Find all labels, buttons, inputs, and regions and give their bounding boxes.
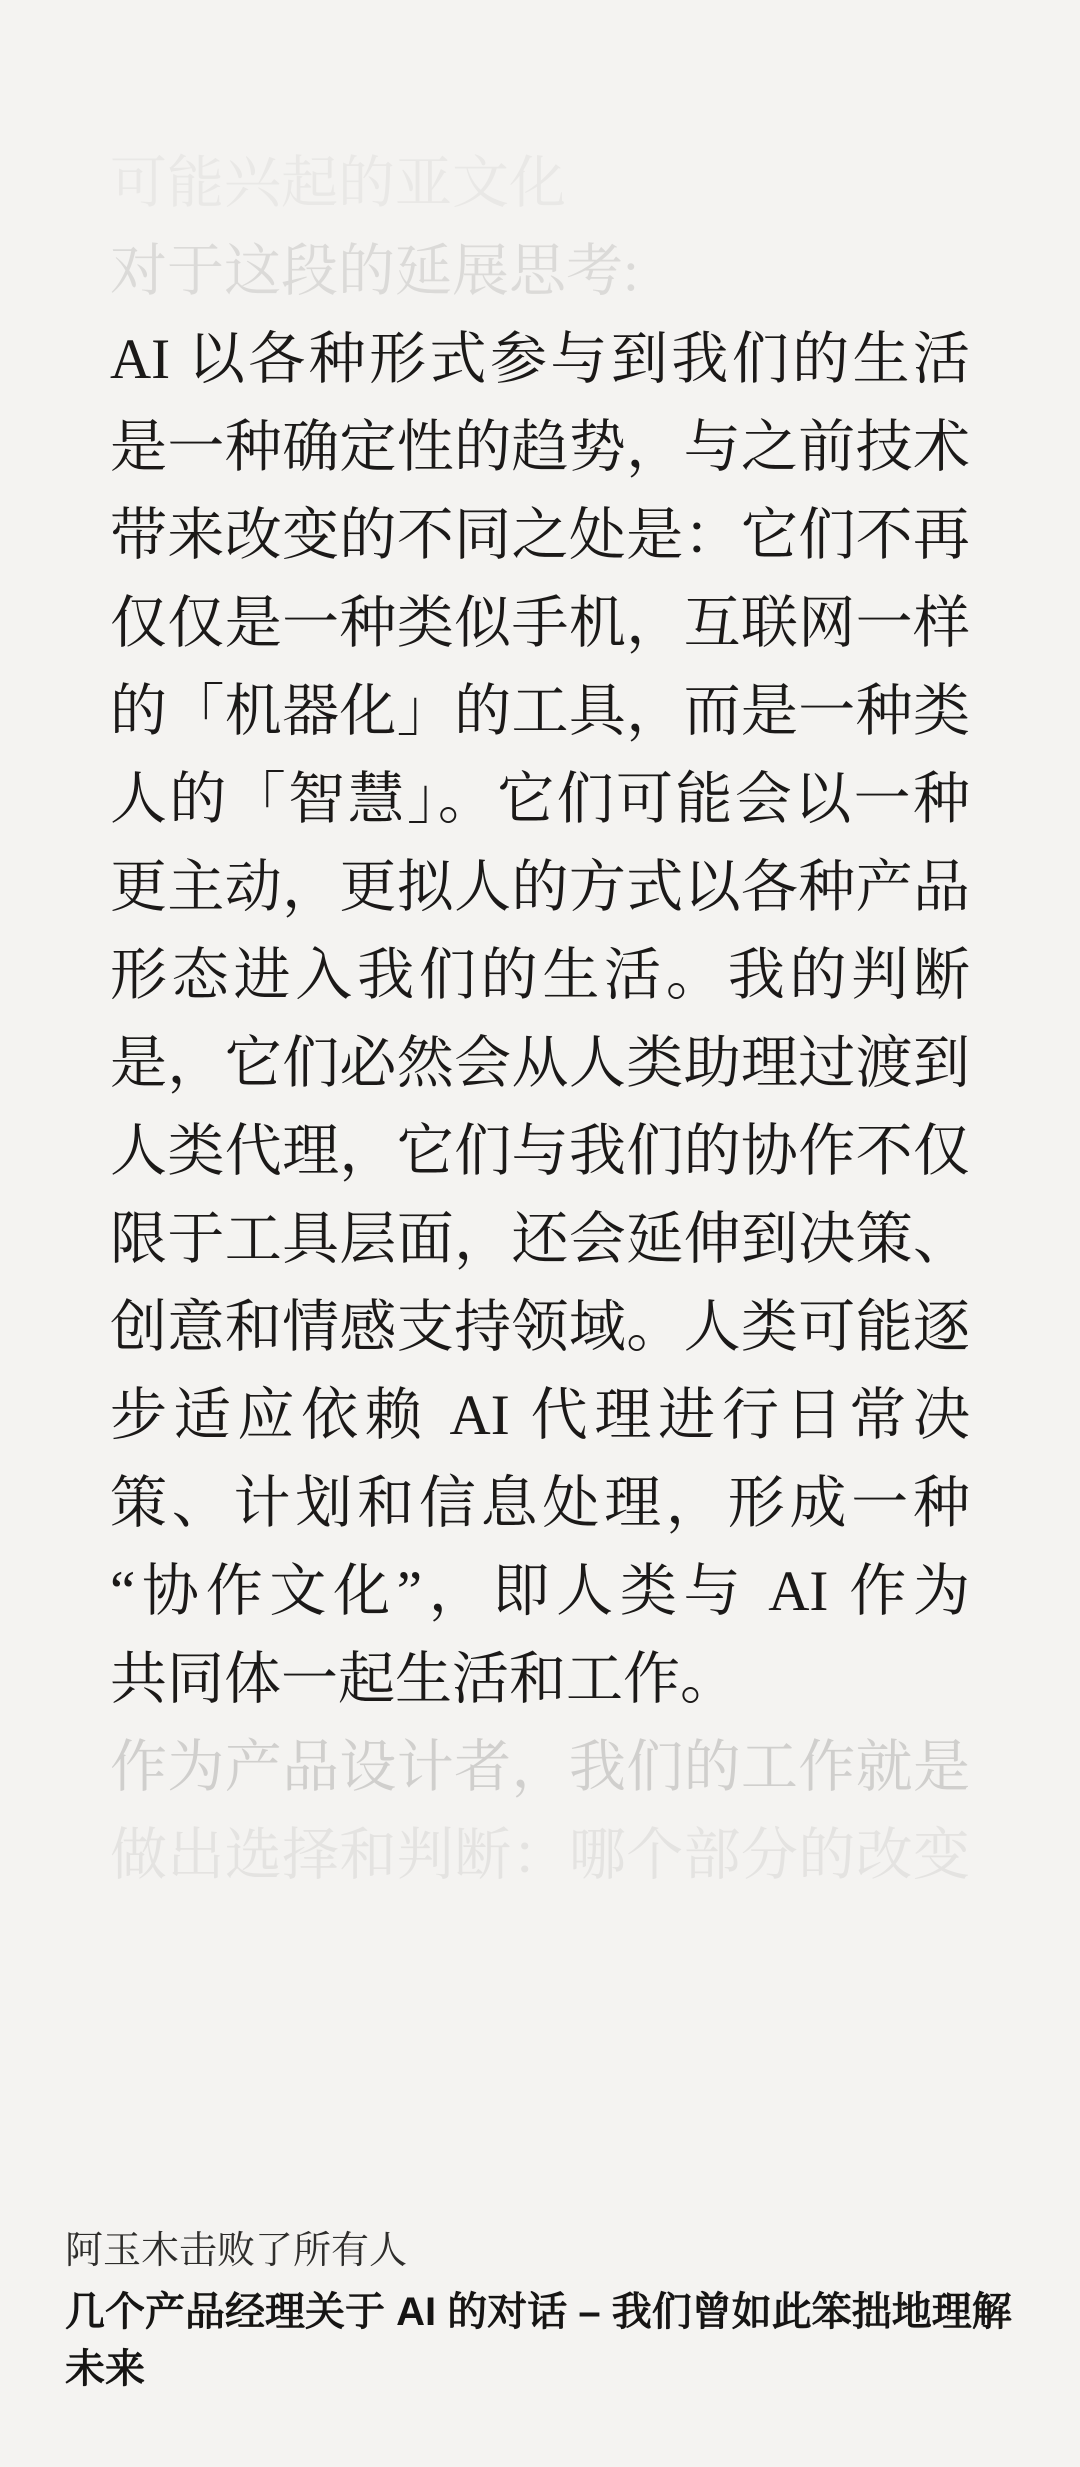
transcript-line: 创意和情感支持领域。人类可能逐 — [110, 1284, 970, 1372]
upcoming-paragraph[interactable]: 作为产品设计者，我们的工作就是做出选择和判断：哪个部分的改变 — [110, 1724, 970, 1900]
transcript-line: 形态进入我们的生活。我的判断 — [110, 932, 970, 1020]
transcript-line: 作为产品设计者，我们的工作就是 — [110, 1724, 970, 1812]
transcript-line: 带来改变的不同之处是：它们不再 — [110, 492, 970, 580]
transcript-line: 人的「智慧」。它们可能会以一种 — [110, 756, 970, 844]
transcript-line: 是，它们必然会从人类助理过渡到 — [110, 1020, 970, 1108]
transcript-line: AI 以各种形式参与到我们的生活 — [110, 316, 970, 404]
transcript-line: 步适应依赖 AI 代理进行日常决 — [110, 1372, 970, 1460]
episode-title: 阿玉木击败了所有人 — [65, 2224, 1015, 2278]
transcript-line: 做出选择和判断：哪个部分的改变 — [110, 1812, 970, 1900]
active-paragraph[interactable]: AI 以各种形式参与到我们的生活是一种确定性的趋势，与之前技术带来改变的不同之处… — [110, 316, 970, 1724]
transcript-line: 更主动，更拟人的方式以各种产品 — [110, 844, 970, 932]
episode-footer: 阿玉木击败了所有人 几个产品经理关于 AI 的对话 – 我们曾如此笨拙地理解未来 — [0, 2224, 1080, 2398]
transcript-line: 策、计划和信息处理，形成一种 — [110, 1460, 970, 1548]
podcast-title: 几个产品经理关于 AI 的对话 – 我们曾如此笨拙地理解未来 — [65, 2284, 1015, 2398]
transcript-line: 人类代理，它们与我们的协作不仅 — [110, 1108, 970, 1196]
transcript-line: 共同体一起生活和工作。 — [110, 1636, 970, 1724]
section-note-paragraph[interactable]: 对于这段的延展思考: — [110, 228, 970, 316]
transcript-line: 的「机器化」的工具，而是一种类 — [110, 668, 970, 756]
transcript-line: 是一种确定性的趋势，与之前技术 — [110, 404, 970, 492]
transcript-view: 可能兴起的亚文化 对于这段的延展思考: AI 以各种形式参与到我们的生活是一种确… — [0, 0, 1080, 1900]
previous-paragraph-tail[interactable]: 可能兴起的亚文化 — [110, 140, 970, 228]
transcript-line: “协作文化”，即人类与 AI 作为 — [110, 1548, 970, 1636]
transcript-line: 限于工具层面，还会延伸到决策、 — [110, 1196, 970, 1284]
transcript-line: 仅仅是一种类似手机，互联网一样 — [110, 580, 970, 668]
